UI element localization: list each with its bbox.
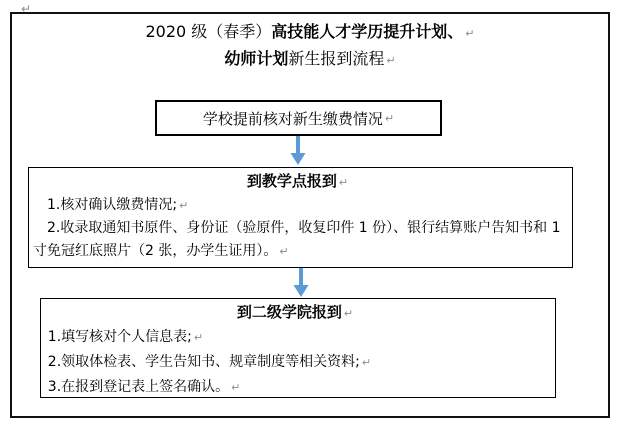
- paragraph-mark: ↵: [21, 2, 31, 16]
- flow-step2-item: 1.核对确认缴费情况;↵: [33, 194, 562, 217]
- page-title: 2020 级（春季）高技能人才学历提升计划、↵ 幼师计划新生报到流程↵: [0, 19, 620, 73]
- flow-step3-item-text: 2.领取体检表、学生告知书、规章制度等相关资料;: [48, 354, 360, 370]
- paragraph-mark: ↵: [339, 176, 348, 189]
- flow-step2-item-text: 1.核对确认缴费情况;: [47, 197, 177, 213]
- flow-step3-header-text: 到二级学院报到: [237, 303, 342, 321]
- flow-step3-item-text: 1.填写核对个人信息表;: [48, 329, 192, 345]
- flow-step3-item: 2.领取体检表、学生告知书、规章制度等相关资料;↵: [45, 350, 545, 375]
- title-line1-normal: 2020 级（春季）: [145, 22, 271, 41]
- flow-step2-box: 到教学点报到↵ 1.核对确认缴费情况;↵ 2.收录取通知书原件、身份证（验原件，…: [28, 167, 573, 268]
- flow-step3-box: 到二级学院报到↵ 1.填写核对个人信息表;↵ 2.领取体检表、学生告知书、规章制…: [40, 298, 556, 398]
- paragraph-mark: ↵: [386, 54, 395, 67]
- paragraph-mark: ↵: [465, 27, 474, 40]
- page-title-line2: 幼师计划新生报到流程↵: [0, 46, 620, 73]
- flow-step3-item-text: 3.在报到登记表上签名确认。: [48, 379, 229, 395]
- flow-step2-item-text: 2.收录取通知书原件、身份证（验原件，收复印件 1 份）、银行结算账户告知书和 …: [33, 220, 561, 259]
- flow-step2-header: 到教学点报到↵: [33, 170, 562, 194]
- flow-step1-text: 学校提前核对新生缴费情况: [203, 108, 383, 129]
- paragraph-mark: ↵: [179, 199, 188, 212]
- title-line1-bold: 高技能人才学历提升计划、: [271, 22, 463, 41]
- flow-step3-header: 到二级学院报到↵: [45, 301, 545, 325]
- paragraph-mark: ↵: [385, 112, 394, 125]
- flow-step3-item: 3.在报到登记表上签名确认。↵: [45, 375, 545, 400]
- flow-step1-box: 学校提前核对新生缴费情况↵: [155, 100, 442, 136]
- paragraph-mark: ↵: [362, 356, 371, 369]
- paragraph-mark: ↵: [194, 331, 203, 344]
- flow-step2-item: 2.收录取通知书原件、身份证（验原件，收复印件 1 份）、银行结算账户告知书和 …: [33, 217, 562, 263]
- paragraph-mark: ↵: [279, 245, 288, 258]
- flow-step3-item: 1.填写核对个人信息表;↵: [45, 325, 545, 350]
- page-title-line1: 2020 级（春季）高技能人才学历提升计划、↵: [0, 19, 620, 46]
- flow-step2-header-text: 到教学点报到: [247, 172, 337, 190]
- paragraph-mark: ↵: [231, 381, 240, 394]
- title-line2-normal: 新生报到流程: [288, 49, 384, 68]
- title-line2-bold: 幼师计划: [224, 49, 288, 68]
- down-arrow-icon: [290, 136, 306, 166]
- down-arrow-icon: [293, 268, 309, 298]
- paragraph-mark: ↵: [344, 307, 353, 320]
